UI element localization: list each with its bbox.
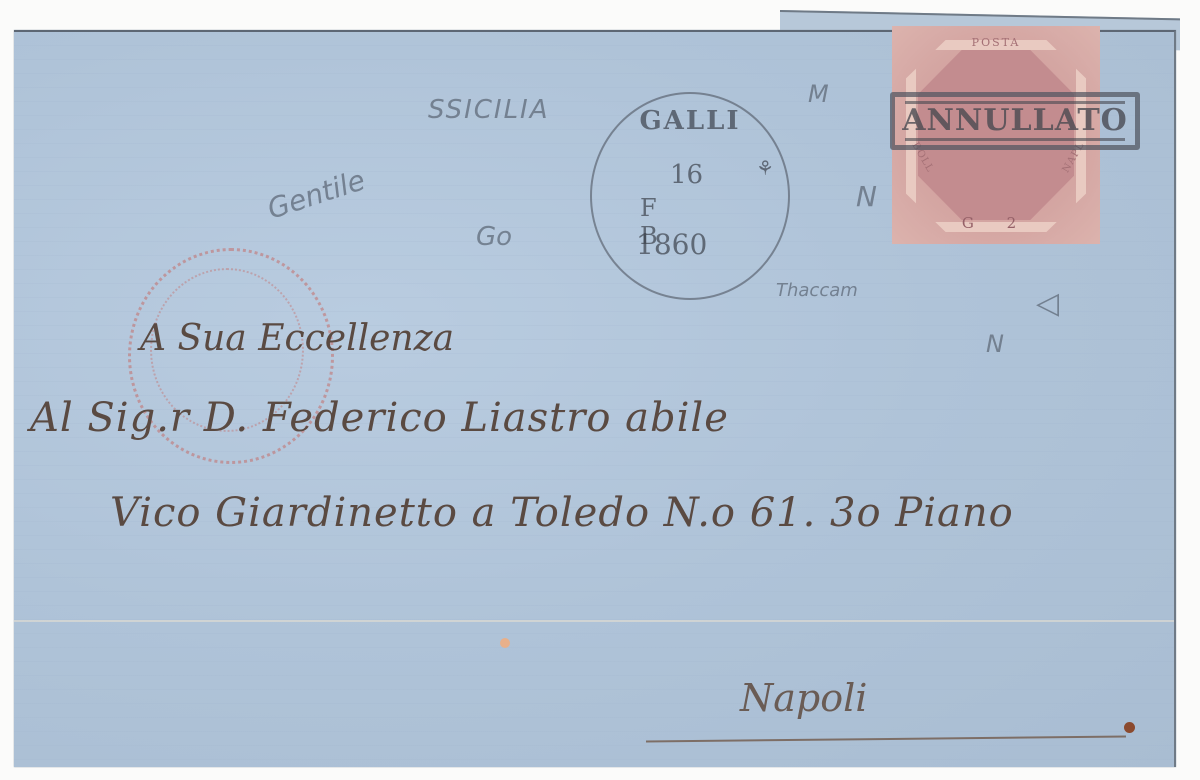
address-line-2: Al Sig.r D. Federico Liastro abile bbox=[30, 395, 729, 441]
foxing-spot bbox=[500, 638, 510, 648]
pencil-note-sicilia: SSICILIA bbox=[428, 95, 550, 125]
annullato-cancel: ANNULLATO bbox=[890, 92, 1140, 150]
pencil-note-go: Go bbox=[476, 222, 512, 252]
pencil-mark-2: N bbox=[856, 180, 877, 213]
postmark-ornament-icon: ⚘ bbox=[756, 156, 774, 180]
pencil-mark-3: N bbox=[986, 330, 1004, 358]
circular-datestamp: GALLI ⚘ 16 F B 1860 bbox=[590, 92, 790, 300]
postmark-day: 16 bbox=[670, 160, 703, 190]
pencil-mark-1: M bbox=[808, 80, 829, 108]
pencil-signature: Thaccam bbox=[776, 280, 858, 301]
stamp-value: G 2 bbox=[892, 214, 1100, 232]
fold-line bbox=[14, 620, 1174, 622]
ink-blot bbox=[1124, 722, 1135, 733]
annullato-inner-frame bbox=[905, 101, 1125, 141]
address-line-3: Vico Giardinetto a Toledo N.o 61. 3o Pia… bbox=[110, 490, 1014, 536]
pencil-triangle-mark: ◁ bbox=[1036, 286, 1059, 321]
postmark-year: 1860 bbox=[636, 228, 707, 261]
address-line-1: A Sua Eccellenza bbox=[140, 318, 454, 359]
postmark-town: GALLI bbox=[592, 106, 788, 136]
address-city: Napoli bbox=[740, 676, 867, 720]
stamp-top-text: POSTA bbox=[892, 36, 1100, 49]
